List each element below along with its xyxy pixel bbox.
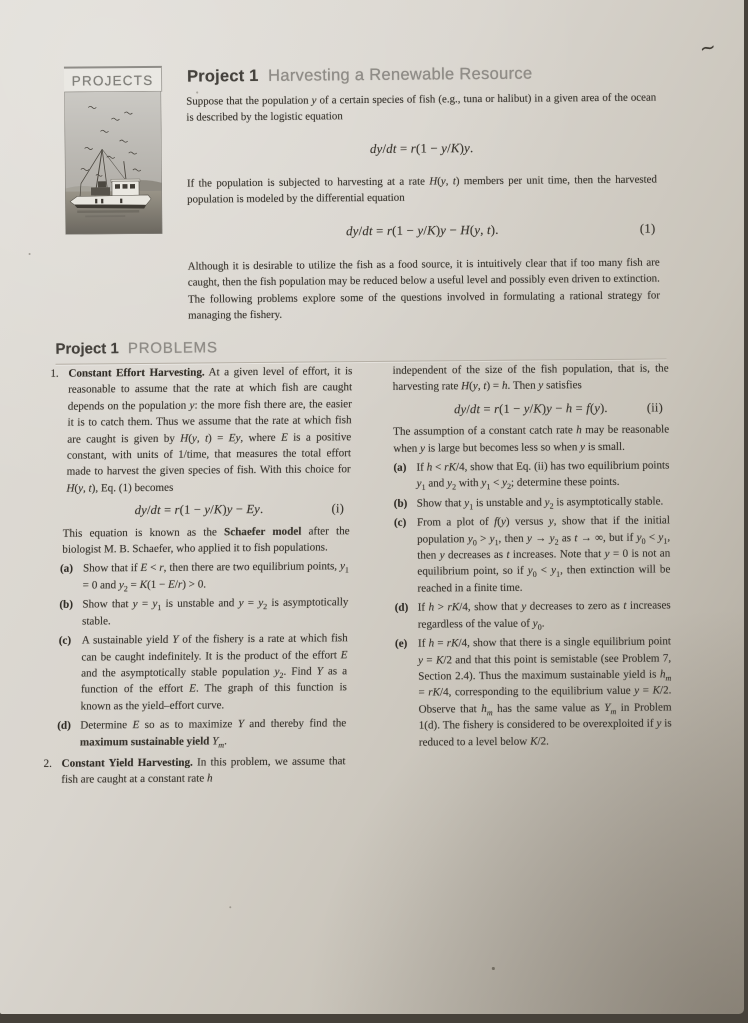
page-content: PROJECTS [0, 0, 748, 1019]
equation-i-row: dy/dt = r(1 − y/K)y − Ey. (i) [48, 500, 350, 519]
problem-2-body: Constant Yield Harvesting. In this probl… [61, 753, 346, 788]
problem-1-item-b: (b) Show that y = y1 is unstable and y =… [46, 594, 349, 629]
problem-1-text: At a given level of effort, it is reason… [66, 365, 352, 494]
problem-2-item-b: (b) Show that y1 is unstable and y2 is a… [394, 493, 670, 512]
equation-1-row: dy/dt = r(1 − y/K)y − H(y, t). (1) [187, 221, 657, 240]
item-b-label: (b) [59, 597, 73, 614]
intro-paragraph-3: Although it is desirable to utilize the … [188, 254, 661, 324]
boat-reflection-2 [85, 215, 125, 217]
logistic-equation: dy/dt = r(1 − y/K)y. [370, 141, 474, 156]
page-title-prefix: Project 1 [187, 67, 259, 86]
item-b-text: Show that y1 is unstable and y2 is asymp… [417, 493, 670, 512]
problem-1-title: Constant Effort Harvesting. [68, 366, 204, 379]
equation-i: dy/dt = r(1 − y/K)y − Ey. [135, 502, 264, 517]
problem-1-body: Constant Effort Harvesting. At a given l… [66, 363, 352, 497]
problem-2-title: Constant Yield Harvesting. [62, 757, 193, 770]
item-c-text: From a plot of f(y) versus y, show that … [417, 513, 671, 597]
intro-paragraph-1: Suppose that the population y of a certa… [186, 90, 656, 127]
equation-ii-row: dy/dt = r(1 − y/K)y − h = f(y). (ii) [393, 399, 669, 418]
pen-mark: ~ [698, 36, 718, 61]
projects-label: PROJECTS [72, 72, 154, 88]
book-page: PROJECTS [0, 0, 744, 1014]
problem-2-item-a: (a) If h < rK/4, show that Eq. (ii) has … [393, 457, 669, 492]
equation-1-tag: (1) [640, 222, 656, 237]
fishing-boat-illustration [64, 91, 162, 235]
item-b-text: Show that y = y1 is unstable and y = y2 … [82, 594, 349, 629]
equation-ii: dy/dt = r(1 − y/K)y − h = f(y). [454, 401, 608, 416]
problem-2: 2. Constant Yield Harvesting. In this pr… [43, 753, 346, 788]
problems-heading: Project 1 PROBLEMS [55, 339, 217, 357]
equation-ii-tag: (ii) [647, 399, 663, 416]
item-d-text: Determine E so as to maximize Y and ther… [80, 715, 347, 750]
item-c-text: A sustainable yield Y of the fishery is … [80, 630, 347, 714]
item-a-label: (a) [60, 561, 73, 578]
item-c-label: (c) [394, 515, 406, 532]
problem-2-item-e: (e) If h = rK/4, show that there is a si… [395, 633, 672, 750]
item-b-label: (b) [394, 496, 408, 513]
item-d-label: (d) [395, 600, 409, 617]
problem-2-continuation: independent of the size of the fish popu… [393, 360, 669, 395]
problem-1: 1. Constant Effort Harvesting. At a give… [48, 363, 352, 497]
dust-speck [29, 253, 31, 255]
problem-1-item-d: (d) Determine E so as to maximize Y and … [44, 715, 347, 750]
problems-heading-label: PROBLEMS [128, 339, 218, 357]
left-column: 1. Constant Effort Harvesting. At a give… [43, 363, 352, 788]
dust-speck [229, 906, 231, 908]
boat-photo [64, 91, 162, 235]
dust-speck [196, 92, 198, 94]
page-title: Project 1 Harvesting a Renewable Resourc… [187, 65, 533, 87]
item-d-label: (d) [57, 718, 71, 735]
sky [64, 91, 162, 193]
item-a-label: (a) [393, 460, 406, 477]
photo-backdrop: { "colors":{"page_light":"#dcd9d3","page… [0, 0, 748, 1023]
equation-1: dy/dt = r(1 − y/K)y − H(y, t). [346, 223, 499, 238]
item-d-text: If h > rK/4, show that y decreases to ze… [418, 598, 671, 633]
schaefer-paragraph: This equation is known as the Schaefer m… [62, 523, 350, 558]
dust-speck [492, 967, 495, 970]
problem-1-number: 1. [50, 366, 59, 382]
item-a-text: Show that if E < r, then there are two e… [83, 559, 350, 594]
problem-2-item-d: (d) If h > rK/4, show that y decreases t… [395, 598, 671, 633]
intro-paragraph-2: If the population is subjected to harves… [187, 171, 657, 208]
right-column: independent of the size of the fish popu… [393, 360, 672, 750]
problem-2-item-c: (c) From a plot of f(y) versus y, show t… [394, 513, 671, 597]
item-a-text: If h < rK/4, show that Eq. (ii) has two … [416, 457, 669, 492]
problem-2-number: 2. [43, 756, 52, 772]
problem-1-item-c: (c) A sustainable yield Y of the fishery… [44, 630, 347, 715]
projects-tab: PROJECTS [64, 66, 162, 93]
problem-1-item-a: (a) Show that if E < r, then there are t… [47, 559, 350, 594]
assumption-paragraph: The assumption of a constant catch rate … [393, 422, 669, 457]
equation-i-tag: (i) [331, 500, 344, 517]
item-e-label: (e) [395, 636, 407, 653]
problems-heading-prefix: Project 1 [55, 340, 119, 358]
page-title-text: Harvesting a Renewable Resource [268, 65, 532, 85]
item-e-text: If h = rK/4, show that there is a single… [418, 633, 672, 750]
item-c-label: (c) [59, 633, 72, 650]
logistic-equation-row: dy/dt = r(1 − y/K)y. [187, 139, 657, 158]
